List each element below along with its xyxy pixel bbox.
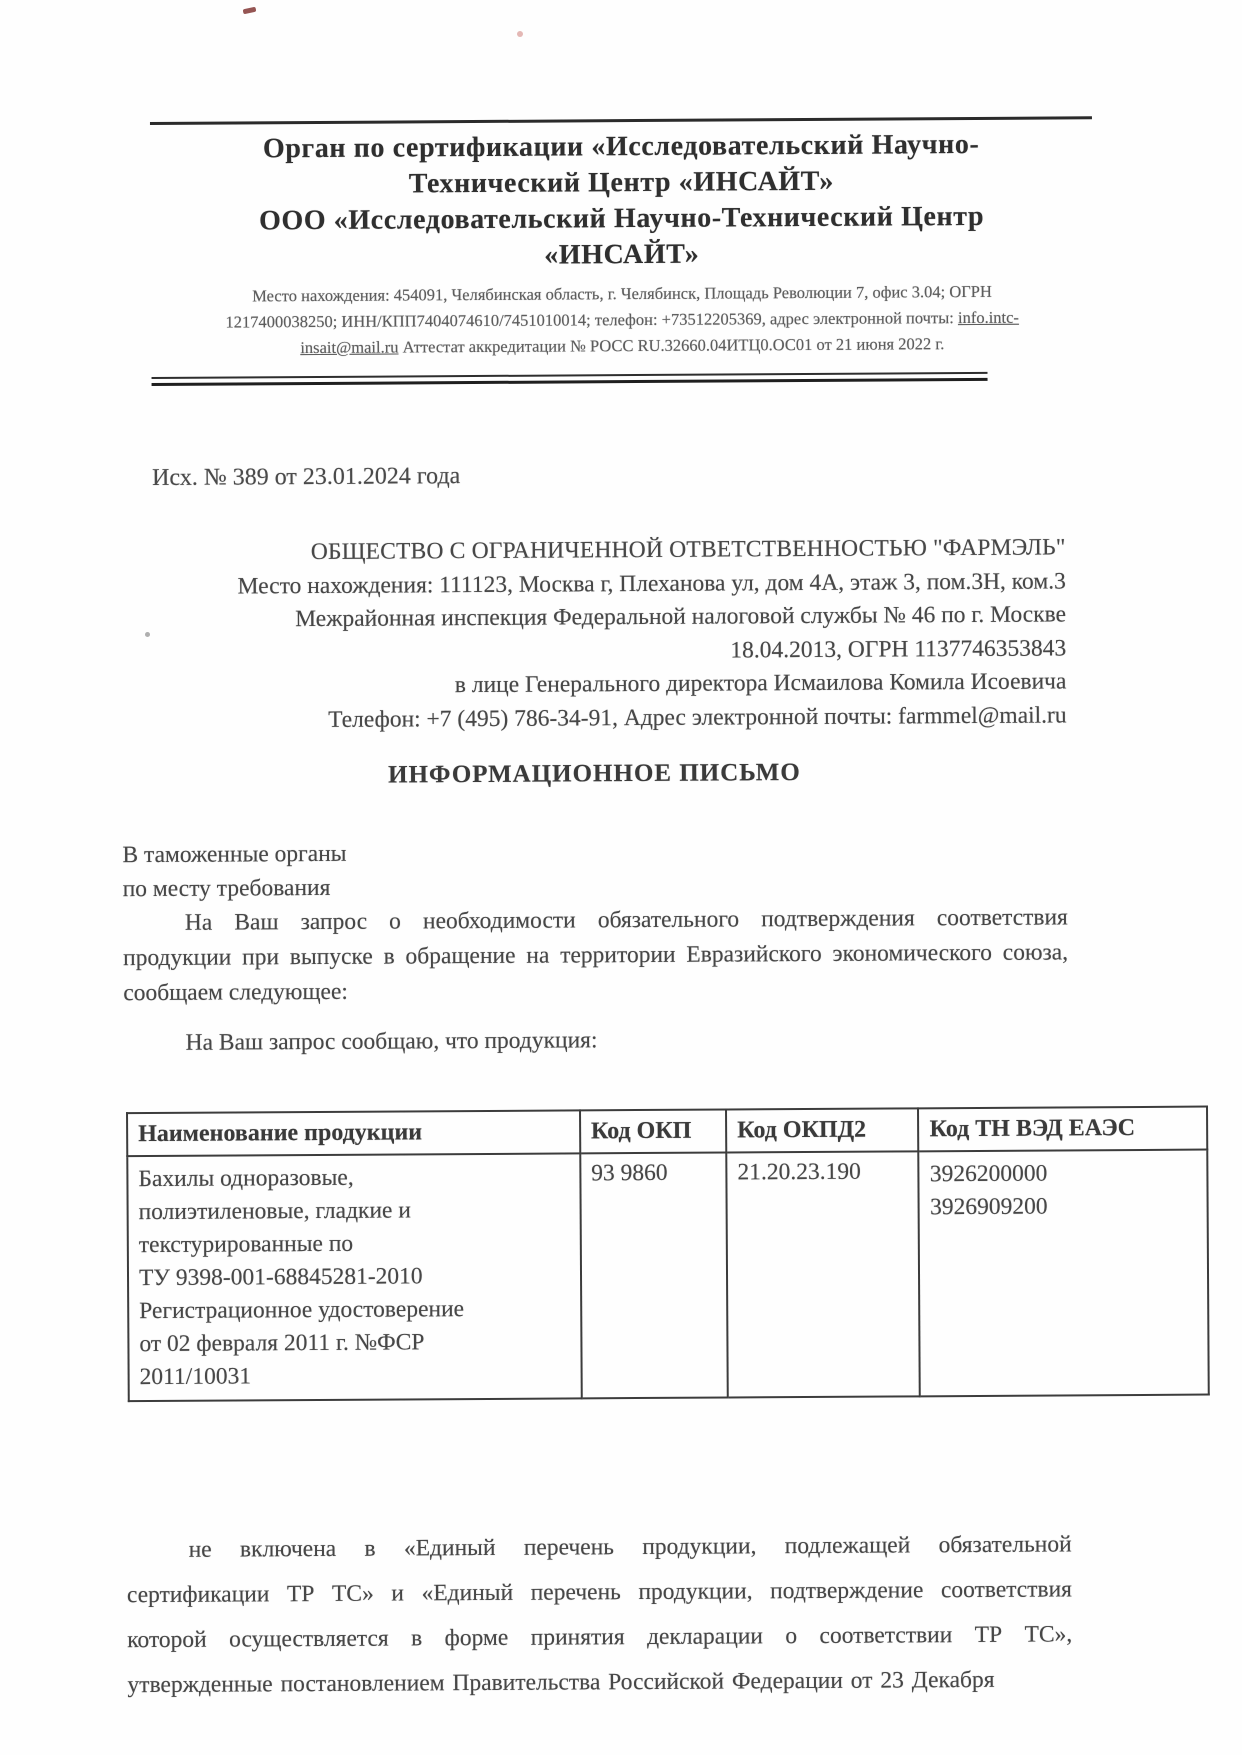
body-paragraph-2: На Ваш запрос сообщаю, что продукция: [124,1024,1069,1057]
letterhead-details-line-3-text: Аттестат аккредитации № РОСС RU.32660.04… [398,334,944,356]
addressee-registration: 18.04.2013, ОГРН 1137746353843 [136,632,1066,671]
addressee-company: ОБЩЕСТВО С ОГРАНИЧЕННОЙ ОТВЕТСТВЕННОСТЬЮ… [135,531,1065,570]
letterhead-title-line-1: Орган по сертификации «Исследовательский… [150,126,1092,168]
cell-product-name: Бахилы одноразовые, полиэтиленовые, глад… [127,1153,581,1401]
recipient-line-1: В таможенные органы [122,832,1067,872]
letterhead-title-line-2: Технический Центр «ИНСАЙТ» [150,162,1092,204]
addressee-address: Место нахождения: 111123, Москва г, Плех… [136,565,1066,604]
addressee-contacts: Телефон: +7 (495) 786-34-91, Адрес элект… [137,699,1067,738]
table-header-tnved-code: Код ТН ВЭД ЕАЭС [918,1107,1207,1152]
document-title: ИНФОРМАЦИОННОЕ ПИСЬМО [122,757,1067,791]
scanned-letter-page: Орган по сертификации «Исследовательский… [0,0,1242,1755]
letterhead: Орган по сертификации «Исследовательский… [150,116,1094,386]
table-row: Бахилы одноразовые, полиэтиленовые, глад… [127,1150,1208,1402]
table-header-okpd2-code: Код ОКПД2 [726,1108,919,1152]
outgoing-reference-line: Исх. № 389 от 23.01.2024 года [152,463,460,492]
product-table: Наименование продукции Код ОКП Код ОКПД2… [126,1106,1210,1403]
letterhead-bottom-rule [152,372,988,386]
table-header-product-name: Наименование продукции [127,1110,580,1156]
table-header-row: Наименование продукции Код ОКП Код ОКПД2… [127,1107,1207,1157]
addressee-signatory: в лице Генерального директора Исмаилова … [136,665,1066,704]
letterhead-title-line-3: ООО «Исследовательский Научно-Технически… [150,198,1092,240]
body-paragraph-3: не включена в «Единый перечень продукции… [127,1522,1073,1708]
product-table-wrap: Наименование продукции Код ОКП Код ОКПД2… [126,1106,1210,1403]
addressee-block: ОБЩЕСТВО С ОГРАНИЧЕННОЙ ОТВЕТСТВЕННОСТЬЮ… [135,531,1066,738]
letterhead-title: Орган по сертификации «Исследовательский… [150,119,1093,276]
cell-okp-code: 93 9860 [580,1152,728,1398]
cell-okpd2-code: 21.20.23.190 [726,1151,920,1397]
letterhead-details-line-2-text: 1217400038250; ИНН/КПП7404074610/7451010… [225,308,958,331]
letterhead-title-line-4: «ИНСАЙТ» [151,234,1093,276]
letterhead-email-part-2: insait@mail.ru [300,337,398,357]
letterhead-details: Место нахождения: 454091, Челябинская об… [151,278,1093,362]
letterhead-email-part-1: info.intc- [958,308,1019,327]
table-header-okp-code: Код ОКП [580,1109,727,1153]
addressee-tax-office: Межрайонная инспекция Федеральной налого… [136,598,1066,637]
recipients-block: В таможенные органы по месту требования [122,832,1067,906]
body-paragraph-1: На Ваш запрос о необходимости обязательн… [123,900,1069,1011]
recipient-line-2: по месту требования [123,866,1068,906]
cell-tnved-code: 3926200000 3926909200 [919,1150,1209,1397]
